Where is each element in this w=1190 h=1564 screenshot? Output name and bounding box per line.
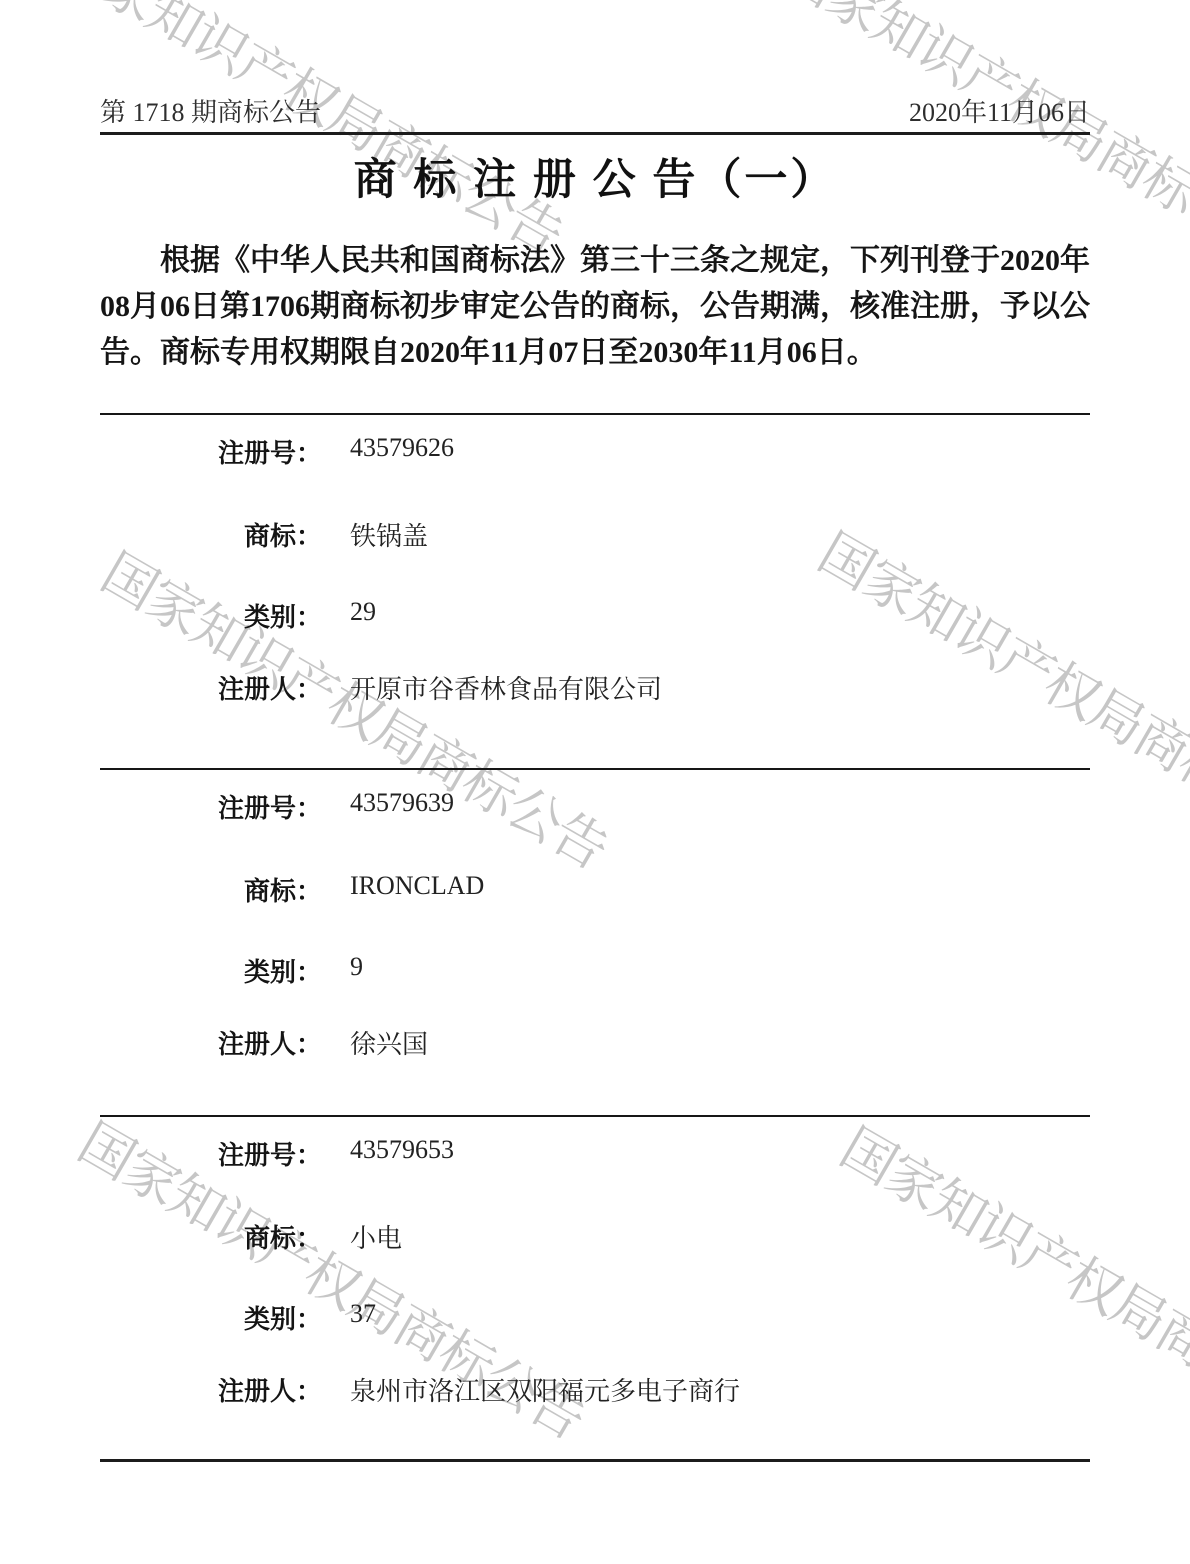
mark-label: 商标： — [100, 1218, 322, 1255]
class-label: 类别： — [100, 952, 322, 989]
header-issue-number: 第 1718 期商标公告 — [100, 92, 321, 129]
mark-label: 商标： — [100, 871, 322, 908]
trademark-record: 注册号： 43579653 商标： 小电 类别： 37 注册人： 泉州市洛江区双… — [100, 1115, 1090, 1464]
reg-no-label: 注册号： — [100, 1135, 322, 1172]
reg-no-value: 43579653 — [350, 1135, 1090, 1165]
record-row-class: 类别： 9 — [100, 952, 1090, 986]
registrant-label: 注册人： — [100, 1024, 322, 1061]
class-value: 9 — [350, 952, 1090, 982]
record-row-mark: 商标： IRONCLAD — [100, 871, 1090, 905]
trademark-record: 注册号： 43579626 商标： 铁锅盖 类别： 29 注册人： 开原市谷香林… — [100, 413, 1090, 762]
header-divider — [100, 132, 1090, 135]
class-label: 类别： — [100, 597, 322, 634]
page-title: 商 标 注 册 公 告（一） — [0, 146, 1190, 207]
record-row-registrant: 注册人： 徐兴国 — [100, 1024, 1090, 1058]
registrant-label: 注册人： — [100, 669, 322, 706]
record-row-registrant: 注册人： 泉州市洛江区双阳福元多电子商行 — [100, 1371, 1090, 1405]
record-row-mark: 商标： 铁锅盖 — [100, 516, 1090, 550]
mark-value: IRONCLAD — [350, 871, 1090, 901]
registrant-value: 徐兴国 — [350, 1024, 1090, 1061]
page-content: 第 1718 期商标公告 2020年11月06日 商 标 注 册 公 告（一） … — [0, 0, 1190, 1564]
record-row-class: 类别： 37 — [100, 1299, 1090, 1333]
mark-label: 商标： — [100, 516, 322, 553]
registrant-label: 注册人： — [100, 1371, 322, 1408]
reg-no-value: 43579626 — [350, 433, 1090, 463]
class-value: 37 — [350, 1299, 1090, 1329]
record-row-reg-no: 注册号： 43579639 — [100, 788, 1090, 822]
trademark-record: 注册号： 43579639 商标： IRONCLAD 类别： 9 注册人： 徐兴… — [100, 768, 1090, 1117]
gazette-page: 国家知识产权局商标公告 国家知识产权局商标公告 国家知识产权局商标公告 国家知识… — [0, 0, 1190, 1564]
record-row-reg-no: 注册号： 43579626 — [100, 433, 1090, 467]
mark-value: 小电 — [350, 1218, 1090, 1255]
class-value: 29 — [350, 597, 1090, 627]
reg-no-label: 注册号： — [100, 433, 322, 470]
reg-no-label: 注册号： — [100, 788, 322, 825]
bottom-divider — [100, 1459, 1090, 1462]
record-row-mark: 商标： 小电 — [100, 1218, 1090, 1252]
mark-value: 铁锅盖 — [350, 516, 1090, 553]
record-row-reg-no: 注册号： 43579653 — [100, 1135, 1090, 1169]
registrant-value: 开原市谷香林食品有限公司 — [350, 669, 1090, 706]
record-row-class: 类别： 29 — [100, 597, 1090, 631]
reg-no-value: 43579639 — [350, 788, 1090, 818]
intro-paragraph: 根据《中华人民共和国商标法》第三十三条之规定，下列刊登于2020年08月06日第… — [100, 238, 1090, 376]
header-date: 2020年11月06日 — [909, 92, 1090, 129]
page-header: 第 1718 期商标公告 2020年11月06日 — [100, 92, 1090, 129]
registrant-value: 泉州市洛江区双阳福元多电子商行 — [350, 1371, 1090, 1408]
class-label: 类别： — [100, 1299, 322, 1336]
record-row-registrant: 注册人： 开原市谷香林食品有限公司 — [100, 669, 1090, 703]
